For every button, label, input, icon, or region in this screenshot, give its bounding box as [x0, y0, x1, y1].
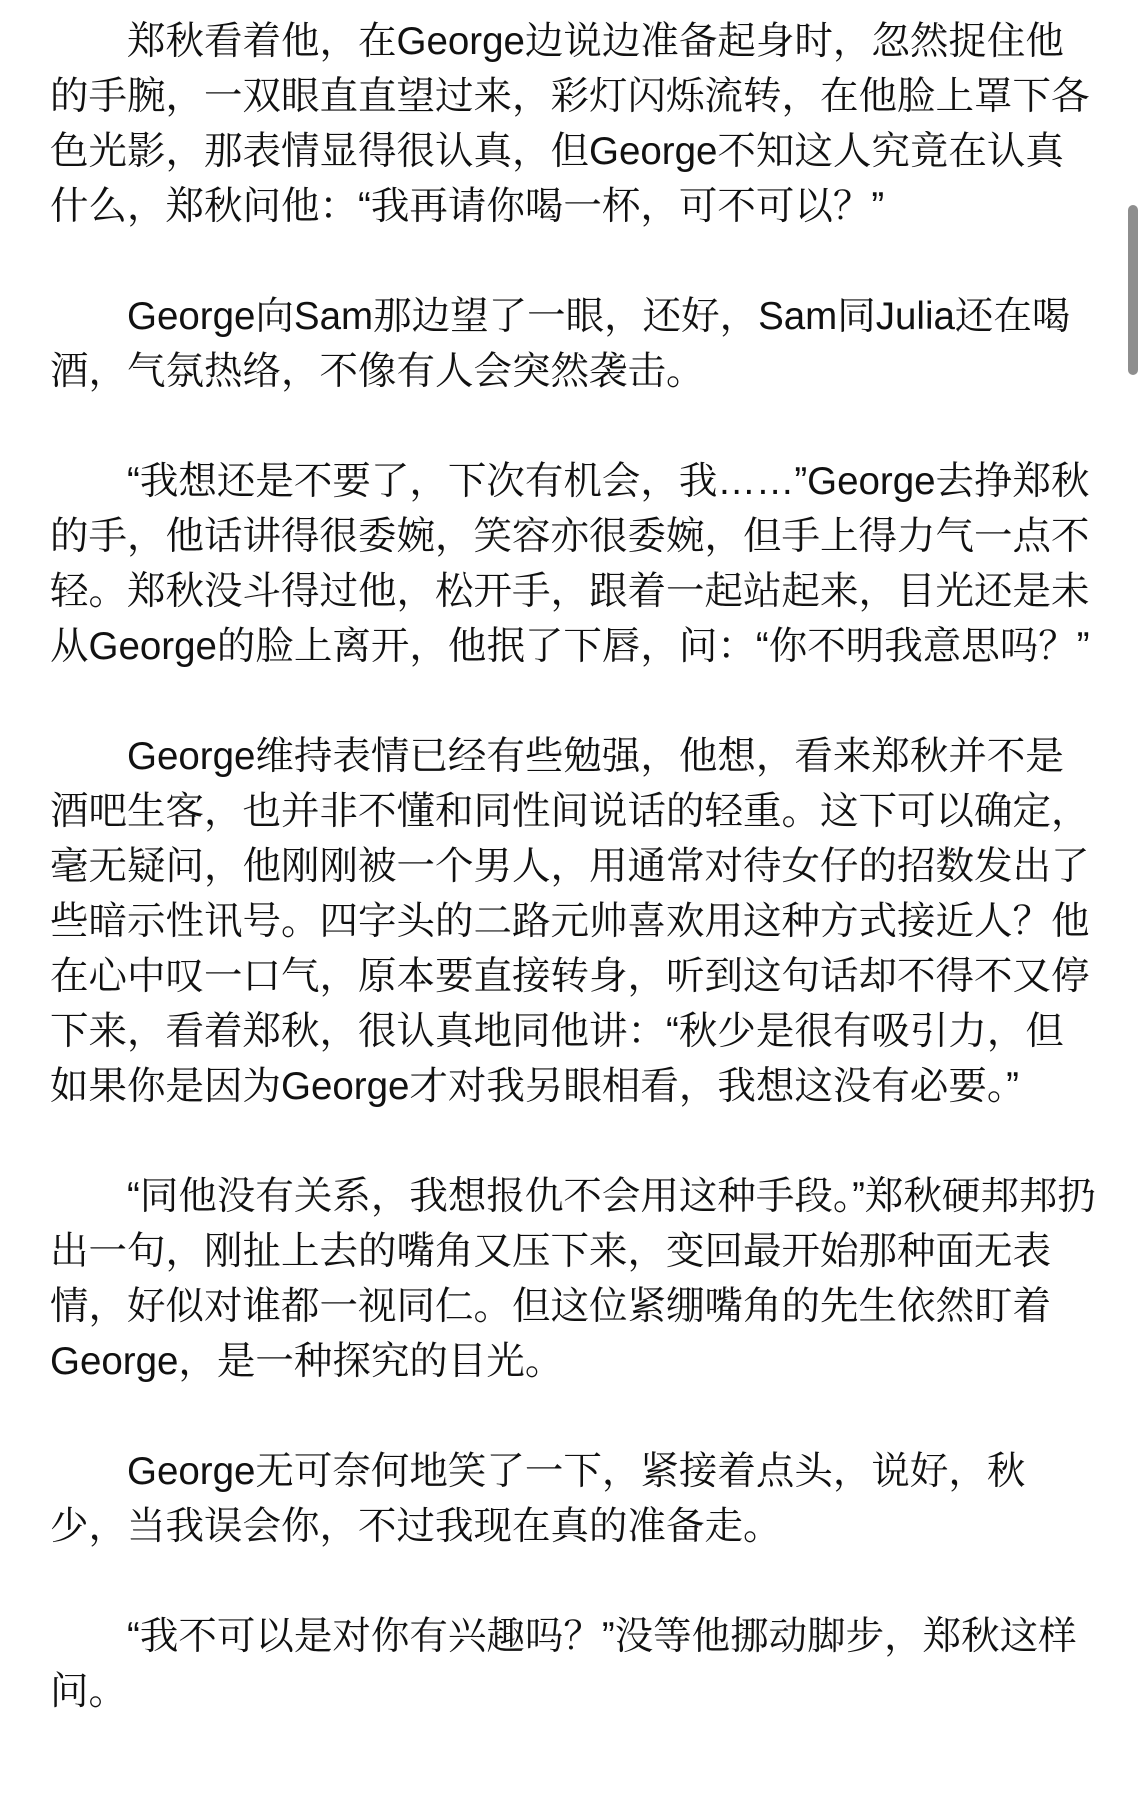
- novel-paragraph: George无可奈何地笑了一下，紧接着点头，说好，秋少，当我误会你，不过我现在真…: [50, 1444, 1102, 1554]
- novel-paragraph: “同他没有关系，我想报仇不会用这种手段。”郑秋硬邦邦扔出一句，刚扯上去的嘴角又压…: [50, 1169, 1102, 1389]
- reader-page: 郑秋看着他，在George边说边准备起身时，忽然捉住他的手腕，一双眼直直望过来，…: [0, 0, 1147, 1719]
- scrollbar-thumb[interactable]: [1128, 205, 1138, 375]
- novel-paragraph: 郑秋看着他，在George边说边准备起身时，忽然捉住他的手腕，一双眼直直望过来，…: [50, 14, 1102, 234]
- novel-paragraph: “我不可以是对你有兴趣吗？”没等他挪动脚步，郑秋这样问。: [50, 1609, 1102, 1719]
- novel-paragraph: George向Sam那边望了一眼，还好，Sam同Julia还在喝酒，气氛热络，不…: [50, 289, 1102, 399]
- novel-paragraph: George维持表情已经有些勉强，他想，看来郑秋并不是酒吧生客，也并非不懂和同性…: [50, 729, 1102, 1114]
- novel-paragraph: “我想还是不要了，下次有机会，我……”George去挣郑秋的手，他话讲得很委婉，…: [50, 454, 1102, 674]
